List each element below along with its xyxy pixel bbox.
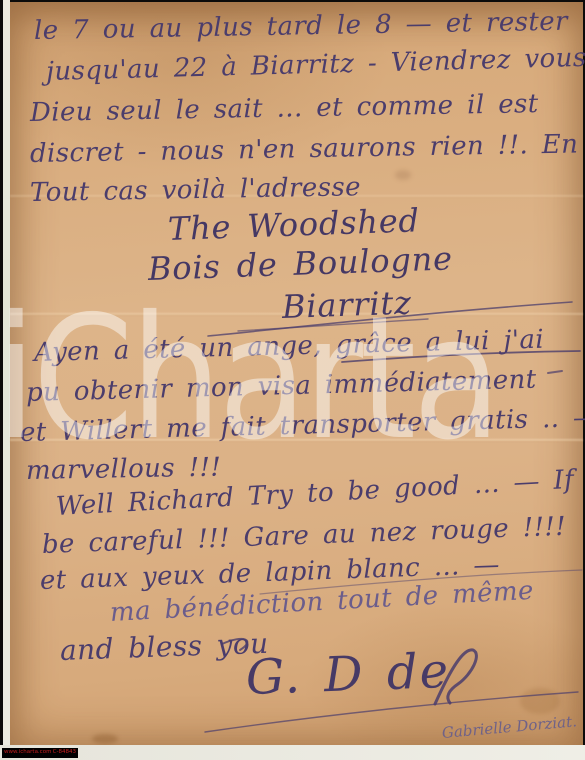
scanned-letter-page: le 7 ou au plus tard le 8 — et rester ju… xyxy=(0,0,585,760)
paper-stain xyxy=(395,170,411,180)
dealer-url: www.icharta.com xyxy=(4,750,51,756)
paper-stain xyxy=(520,688,560,714)
scan-bottom-strip xyxy=(0,745,585,760)
address-line: Biarritz xyxy=(281,283,412,326)
signature: G. D de xyxy=(245,643,451,706)
letter-line: marvellous !!! xyxy=(26,453,222,486)
dealer-code: C-84843 xyxy=(53,750,76,756)
scan-edge xyxy=(3,0,10,746)
paper-stain xyxy=(92,734,118,744)
dealer-label: www.icharta.com C-84843 xyxy=(2,748,78,758)
letter-line: Tout cas voilà l'adresse xyxy=(30,172,361,208)
